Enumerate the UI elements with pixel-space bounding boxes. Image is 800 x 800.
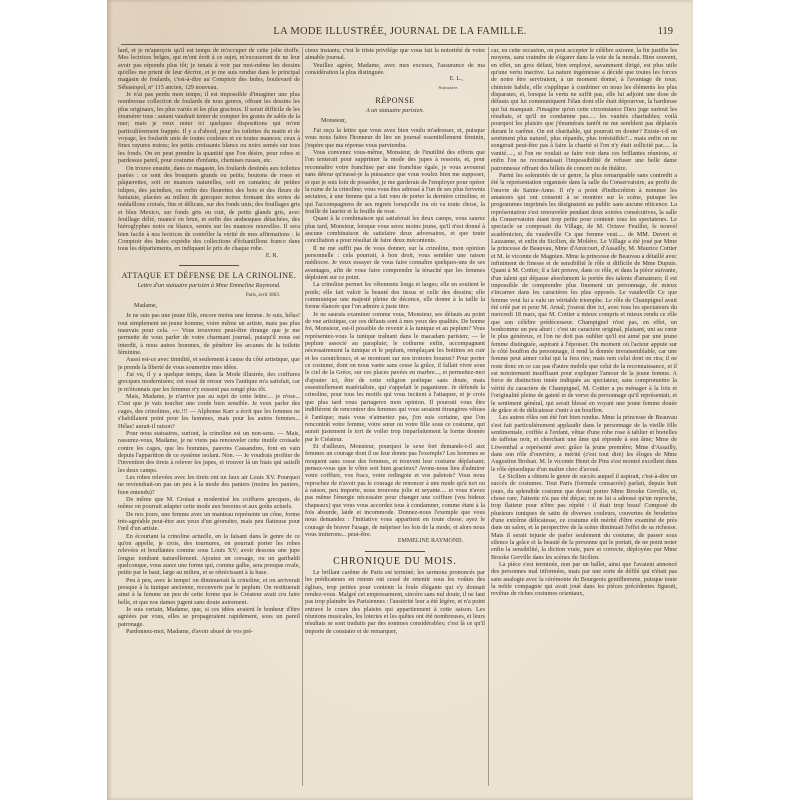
paragraph: Veuillez agréer, Madame, avec mes excuse… [305,62,485,77]
salutation: Monsieur, [305,117,485,124]
paragraph: Peu à peu, avec le temps! on diminuerait… [118,577,300,606]
signature: E. R. [118,253,300,260]
paragraph: En écourtant la crinoline actuelle, en l… [118,533,300,577]
chronique-title: CHRONIQUE DU MOIS. [305,558,485,565]
section-separator [179,265,239,266]
paragraph: Mais, Madame, je n'arrive pas au sujet d… [118,393,300,430]
paragraph: Pour nous statuaires, surtout, la crinol… [118,430,300,474]
section-separator [365,551,425,552]
column-divider [488,47,489,786]
running-title: LA MODE ILLUSTRÉE, JOURNAL DE LA FAMILLE… [107,26,693,40]
paragraph: Le Sicilien a obtenu le genre de succès … [491,473,677,561]
page-number: 119 [658,26,673,37]
paragraph: Les autres rôles ont été fort bien rendu… [491,414,677,473]
column-divider [302,47,303,786]
newspaper-page: LA MODE ILLUSTRÉE, JOURNAL DE LA FAMILLE… [107,0,693,800]
paragraph: Les robes relevées avec les tirets ont u… [118,474,300,496]
header-rule [121,44,679,45]
paragraph: Vous convenez vous-même, Monsieur, de l'… [305,149,485,215]
signature: EMMELINE RAYMOND. [305,538,485,545]
paragraph: Il ne me suffit pas de vous donner, sur … [305,245,485,282]
column-3: car, en cette occasion, on peut accepter… [491,47,677,800]
paragraph: Et d'ailleurs, Monsieur, pourquoi le sex… [305,443,485,538]
reponse-subtitle: A un statuaire parisien. [305,107,485,114]
paragraph: J'ai reçu la lettre que vous avez bien v… [305,127,485,149]
article-title: ATTAQUE ET DÉFENSE DE LA CRINOLINE. [118,272,300,279]
paragraph: car, en cette occasion, on peut accepter… [491,47,677,172]
column-1: lard, et je m'aperçois qu'il est temps d… [118,47,300,800]
paragraph: La crinoline permet les vêtements longs … [305,281,485,310]
paragraph: lard, et je m'aperçois qu'il est temps d… [118,47,300,91]
paragraph: On trouve ensuite, dans ce magasin, les … [118,165,300,253]
signature-title: Statuaire. [305,84,485,91]
paragraph: Aussi est-ce avec timidité, et seulement… [118,356,300,371]
paragraph: Je ne suis pas une jeune fille, encore m… [118,312,300,356]
paragraph: cieux instants; c'est le triste privilég… [305,47,485,62]
column-2: cieux instants; c'est le triste privilég… [305,47,485,800]
signature: E. L., [305,76,485,83]
article-subtitle: Lettre d'un statuaire parisien à Mme Emm… [118,282,300,289]
paragraph: Je suis certain, Madame, que, si ces idé… [118,606,300,628]
paragraph: J'ai vu, il y a quelque temps, dans la M… [118,371,300,393]
paragraph: Pardonnez-moi, Madame, d'avoir abusé de … [118,628,300,635]
paragraph: De nos jours, une femme avec un manteau … [118,511,300,533]
paragraph: Je ne saurais examiner comme vous, Monsi… [305,311,485,443]
paragraph: Le brillant carême de Paris est terminé;… [305,569,485,635]
paragraph: De même que M. Croisat a modernisé les c… [118,496,300,511]
paragraph: Je n'ai pas perdu mon temps; il est impo… [118,91,300,164]
reponse-title: RÉPONSE [305,97,485,104]
paragraph: La pièce s'est terminée, non par un ball… [491,561,677,598]
salutation: Madame, [118,302,300,309]
paragraph: Quant à la combinaison qui satisferait l… [305,215,485,244]
dateline: Paris, avril 1863. [118,292,300,299]
paragraph: Parmi les solennités de ce genre, la plu… [491,172,677,414]
